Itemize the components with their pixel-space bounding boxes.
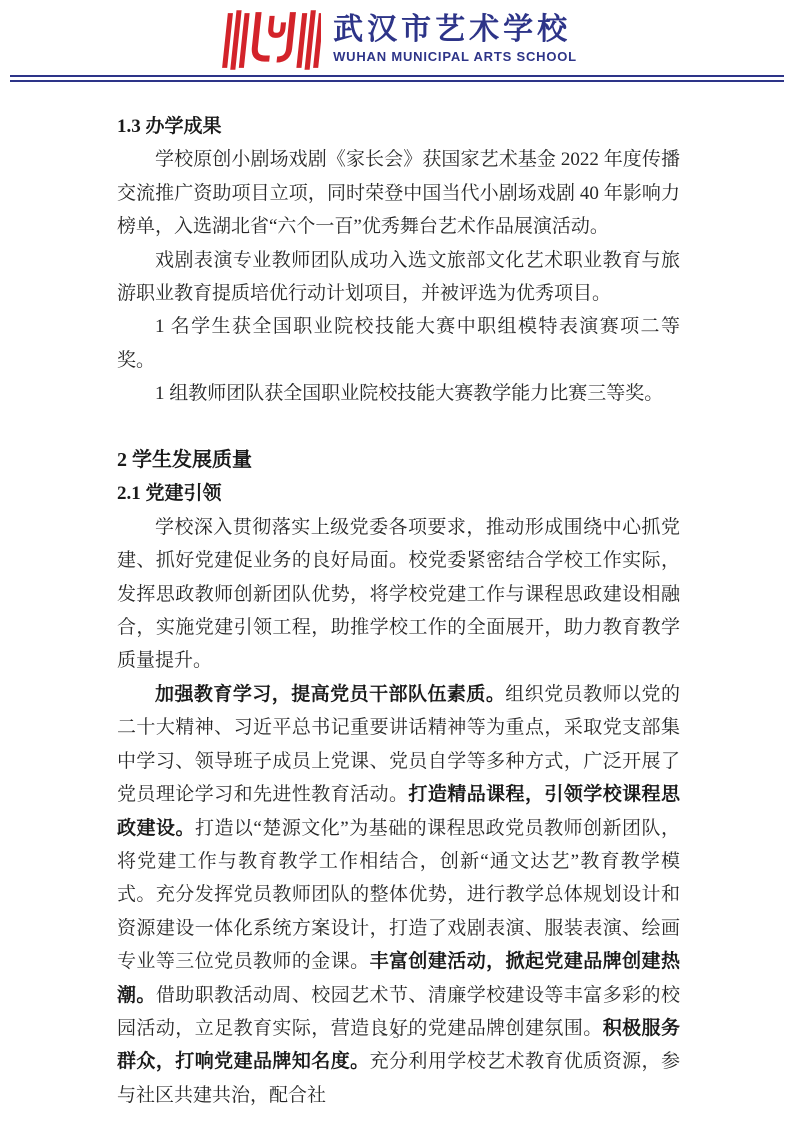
document-page: 武汉市艺术学校 WUHAN MUNICIPAL ARTS SCHOOL 1.3 … [0, 0, 794, 1123]
paragraph-achievements-student-award: 1 名学生获全国职业院校技能大赛中职组模特表演赛项二等奖。 [117, 310, 680, 377]
school-logo-icon [217, 8, 321, 72]
section-heading-2: 2 学生发展质量 [117, 444, 680, 477]
text-segment-course-team: 打造以“楚源文化”为基础的课程思政党员教师创新团队，将党建工作与教育教学工作相结… [117, 818, 680, 973]
paragraph-achievements-drama: 学校原创小剧场戏剧《家长会》获国家艺术基金 2022 年度传播交流推广资助项目立… [117, 143, 680, 243]
paragraph-achievements-teacher-team: 戏剧表演专业教师团队成功入选文旅部文化艺术职业教育与旅游职业教育提质培优行动计划… [117, 244, 680, 311]
section-heading-1-3: 1.3 办学成果 [117, 110, 680, 143]
school-name-english: WUHAN MUNICIPAL ARTS SCHOOL [333, 49, 577, 65]
document-body: 1.3 办学成果 学校原创小剧场戏剧《家长会》获国家艺术基金 2022 年度传播… [0, 82, 794, 1112]
paragraph-party-detail: 加强教育学习，提高党员干部队伍素质。组织党员教师以党的二十大精神、习近平总书记重… [117, 678, 680, 1112]
school-name-chinese: 武汉市艺术学校 [333, 13, 577, 47]
section-spacer [117, 411, 680, 444]
page-header: 武汉市艺术学校 WUHAN MUNICIPAL ARTS SCHOOL [0, 0, 794, 82]
school-name-block: 武汉市艺术学校 WUHAN MUNICIPAL ARTS SCHOOL [333, 13, 577, 65]
header-brand-group: 武汉市艺术学校 WUHAN MUNICIPAL ARTS SCHOOL [0, 8, 794, 72]
paragraph-party-overview: 学校深入贯彻落实上级党委各项要求，推动形成围绕中心抓党建、抓好党建促业务的良好局… [117, 511, 680, 678]
header-divider [10, 75, 784, 82]
emphasis-strengthen-education: 加强教育学习，提高党员干部队伍素质。 [155, 684, 505, 705]
page-number: - 5 - [381, 1026, 413, 1041]
paragraph-achievements-teaching-award: 1 组教师团队获全国职业院校技能大赛教学能力比赛三等奖。 [117, 377, 680, 410]
page-footer: - 5 - [0, 1026, 794, 1042]
section-heading-2-1: 2.1 党建引领 [117, 477, 680, 510]
